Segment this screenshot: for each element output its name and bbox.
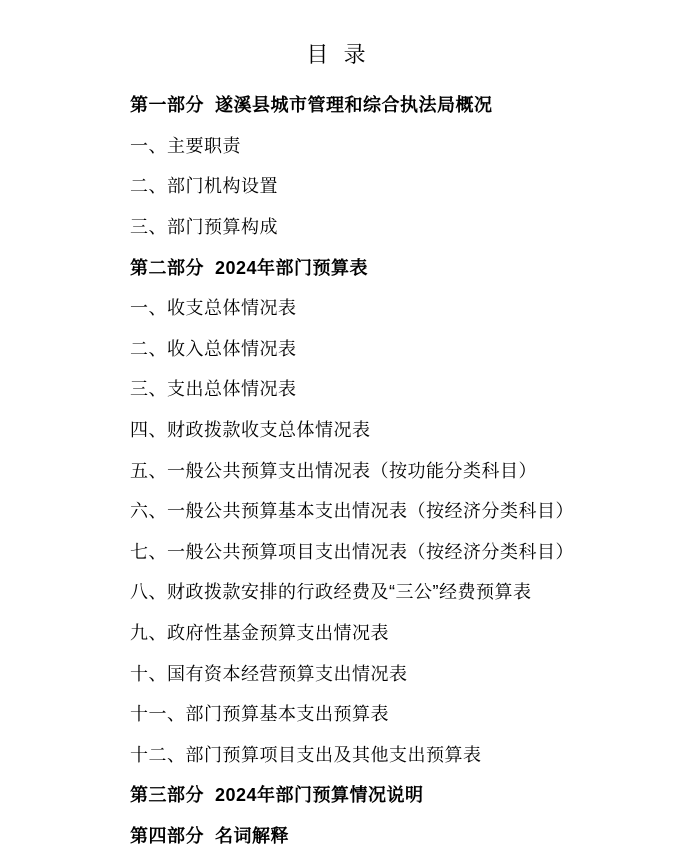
toc-item: 六、一般公共预算基本支出情况表（按经济分类科目） <box>130 490 613 531</box>
toc-item: 五、一般公共预算支出情况表（按功能分类科目） <box>130 449 613 490</box>
toc-section-heading-part4: 第四部分 名词解释 <box>130 815 613 852</box>
toc-item: 一、主要职责 <box>130 125 613 166</box>
toc-section-heading-part1: 第一部分 遂溪县城市管理和综合执法局概况 <box>130 84 613 125</box>
toc-item: 七、一般公共预算项目支出情况表（按经济分类科目） <box>130 531 613 572</box>
toc-item: 九、政府性基金预算支出情况表 <box>130 612 613 653</box>
document-page: 目 录 第一部分 遂溪县城市管理和综合执法局概况 一、主要职责 二、部门机构设置… <box>0 0 673 852</box>
toc-item: 三、部门预算构成 <box>130 206 613 247</box>
toc-item: 十一、部门预算基本支出预算表 <box>130 693 613 734</box>
toc-item: 四、财政拨款收支总体情况表 <box>130 409 613 450</box>
toc-item: 二、部门机构设置 <box>130 165 613 206</box>
toc-item: 十二、部门预算项目支出及其他支出预算表 <box>130 734 613 775</box>
toc-item: 十、国有资本经营预算支出情况表 <box>130 652 613 693</box>
toc-section-heading-part3: 第三部分 2024年部门预算情况说明 <box>130 774 613 815</box>
toc-item: 三、支出总体情况表 <box>130 368 613 409</box>
table-of-contents: 第一部分 遂溪县城市管理和综合执法局概况 一、主要职责 二、部门机构设置 三、部… <box>0 84 673 852</box>
toc-section-heading-part2: 第二部分 2024年部门预算表 <box>130 246 613 287</box>
page-title: 目 录 <box>0 0 673 68</box>
toc-item: 八、财政拨款安排的行政经费及“三公”经费预算表 <box>130 571 613 612</box>
toc-item: 一、收支总体情况表 <box>130 287 613 328</box>
toc-item: 二、收入总体情况表 <box>130 328 613 369</box>
